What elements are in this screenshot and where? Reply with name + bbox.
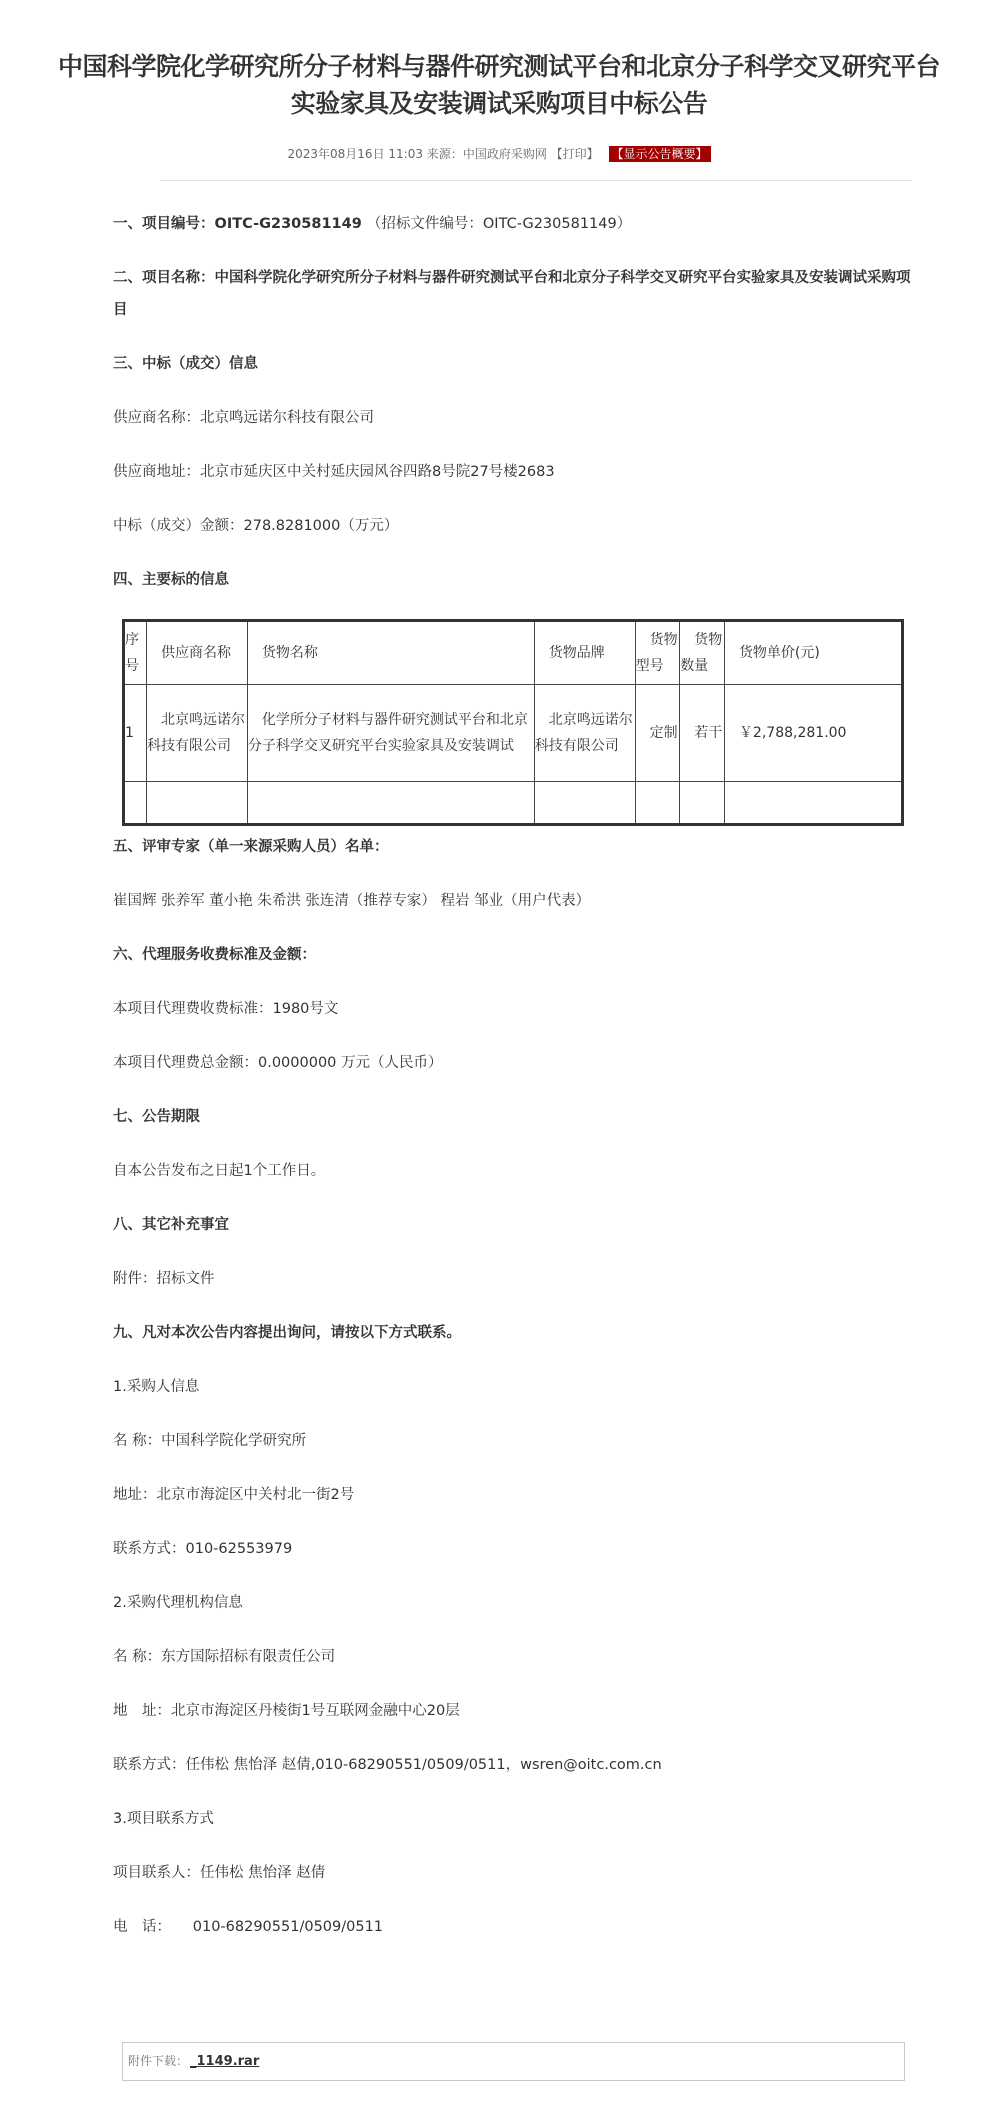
purchaser-address: 地址：北京市海淀区中关村北一街2号 [113, 1484, 354, 1506]
supplementary-attachment: 附件：招标文件 [113, 1268, 215, 1290]
page-title-line-2: 实验家具及安装调试采购项目中标公告 [0, 85, 998, 122]
section-2-project-name: 二、项目名称：中国科学院化学研究所分子材料与器件研究测试平台和北京分子科学交叉研… [113, 262, 913, 326]
project-contact-person: 项目联系人：任伟松 焦怡泽 赵倩 [113, 1862, 325, 1884]
agency-fee-total: 本项目代理费总金额：0.0000000 万元（人民币） [113, 1052, 443, 1074]
award-amount: 中标（成交）金额：278.8281000（万元） [113, 515, 398, 537]
source-label: 来源： [427, 147, 463, 161]
section-8-heading: 八、其它补充事宜 [113, 1214, 229, 1236]
section-1-project-number: 一、项目编号：OITC-G230581149 （招标文件编号：OITC-G230… [113, 213, 631, 235]
project-name: 中国科学院化学研究所分子材料与器件研究测试平台和北京分子科学交叉研究平台实验家具… [113, 270, 911, 318]
project-number: OITC-G230581149 [215, 216, 362, 232]
project-contact-title: 3.项目联系方式 [113, 1808, 214, 1830]
cell-goods-name: 化学所分子材料与器件研究测试平台和北京分子科学交叉研究平台实验家具及安装调试 [247, 685, 534, 782]
header-cell: 货物型号 [635, 621, 680, 685]
supplier-address: 供应商地址：北京市延庆区中关村延庆园风谷四路8号院27号楼2683 [113, 461, 555, 483]
source-name: 中国政府采购网 [463, 147, 547, 161]
attachment-box: 附件下载：_1149.rar [122, 2042, 905, 2081]
header-cell: 货物单价(元) [724, 621, 902, 685]
notice-period: 自本公告发布之日起1个工作日。 [113, 1160, 325, 1182]
section-3-heading: 三、中标（成交）信息 [113, 353, 258, 375]
table-header-row: 序号 供应商名称 货物名称 货物品牌 货物型号 货物数量 货物单价(元) [124, 621, 903, 685]
agency-address: 地 址：北京市海淀区丹棱街1号互联网金融中心20层 [113, 1700, 460, 1722]
cell-supplier: 北京鸣远诺尔科技有限公司 [147, 685, 248, 782]
show-summary-button[interactable]: 【显示公告概要】 [609, 146, 711, 162]
agency-name: 名 称：东方国际招标有限责任公司 [113, 1646, 335, 1668]
print-link[interactable]: 【打印】 [551, 147, 599, 161]
attachment-label: 附件下载： [128, 2054, 188, 2068]
agency-title: 2.采购代理机构信息 [113, 1592, 243, 1614]
purchaser-contact: 联系方式：010-62553979 [113, 1538, 292, 1560]
header-cell: 供应商名称 [147, 621, 248, 685]
section-4-heading: 四、主要标的信息 [113, 569, 229, 591]
header-cell: 货物名称 [247, 621, 534, 685]
cell-index: 1 [124, 685, 147, 782]
table-row: 1 北京鸣远诺尔科技有限公司 化学所分子材料与器件研究测试平台和北京分子科学交叉… [124, 685, 903, 782]
purchaser-title: 1.采购人信息 [113, 1376, 199, 1398]
agency-fee-standard: 本项目代理费收费标准：1980号文 [113, 998, 338, 1020]
purchaser-name: 名 称：中国科学院化学研究所 [113, 1430, 306, 1452]
supplier-name: 供应商名称：北京鸣远诺尔科技有限公司 [113, 407, 374, 429]
page-title: 中国科学院化学研究所分子材料与器件研究测试平台和北京分子科学交叉研究平台 实验家… [0, 48, 998, 122]
cell-unit-price: ￥2,788,281.00 [724, 685, 902, 782]
section-6-heading: 六、代理服务收费标准及金额： [113, 944, 316, 966]
title-divider [160, 180, 912, 181]
section-5-heading: 五、评审专家（单一来源采购人员）名单： [113, 836, 389, 858]
cell-quantity: 若干 [680, 685, 725, 782]
header-cell: 序号 [124, 621, 147, 685]
agency-contact: 联系方式：任伟松 焦怡泽 赵倩,010-68290551/0509/0511，w… [113, 1754, 662, 1776]
publish-datetime: 2023年08月16日 11:03 [287, 147, 422, 161]
cell-model: 定制 [635, 685, 680, 782]
table-row-empty [124, 782, 903, 825]
page-title-line-1: 中国科学院化学研究所分子材料与器件研究测试平台和北京分子科学交叉研究平台 [0, 48, 998, 85]
header-cell: 货物数量 [680, 621, 725, 685]
goods-table: 序号 供应商名称 货物名称 货物品牌 货物型号 货物数量 货物单价(元) 1 北… [122, 619, 904, 826]
section-7-heading: 七、公告期限 [113, 1106, 200, 1128]
project-contact-phone: 电 话： 010-68290551/0509/0511 [113, 1916, 383, 1938]
tender-doc-number: （招标文件编号：OITC-G230581149） [367, 216, 631, 232]
cell-brand: 北京鸣远诺尔科技有限公司 [534, 685, 635, 782]
section-9-heading: 九、凡对本次公告内容提出询问，请按以下方式联系。 [113, 1322, 461, 1344]
expert-list: 崔国辉 张养军 董小艳 朱希洪 张连清（推荐专家） 程岩 邹业（用户代表） [113, 890, 590, 912]
attachment-download-link[interactable]: _1149.rar [190, 2054, 259, 2069]
section-2-heading: 二、项目名称： [113, 270, 215, 286]
section-1-heading: 一、项目编号： [113, 216, 215, 232]
meta-bar: 2023年08月16日 11:03 来源：中国政府采购网 【打印】 【显示公告概… [0, 146, 998, 162]
header-cell: 货物品牌 [534, 621, 635, 685]
